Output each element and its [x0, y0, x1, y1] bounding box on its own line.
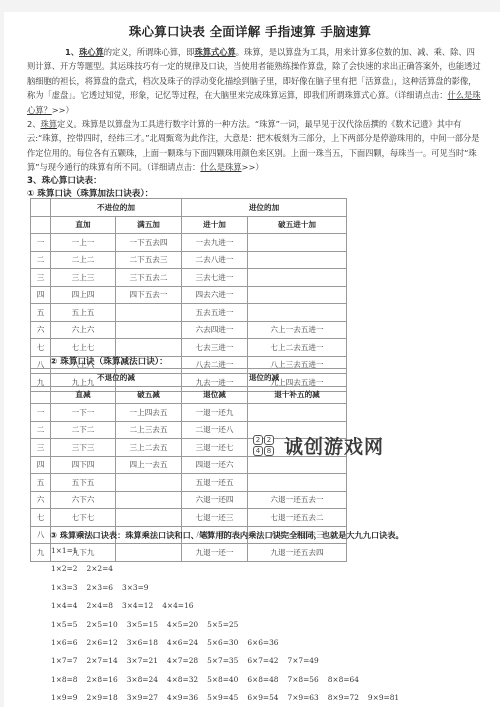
watermark: 2 2 4 8 诚创游戏网 — [253, 432, 384, 459]
section-1-text-a: 的定义，所谓珠心算，即 — [104, 47, 195, 57]
row-label: 四 — [31, 286, 51, 304]
cell: 五下五 — [51, 474, 116, 492]
subtraction-table-heading: ② 珠算口诀（珠算减法口诀）： — [50, 355, 168, 367]
section-1-tail: >>） — [52, 105, 74, 115]
row-label: 五 — [31, 304, 51, 322]
col-header: 直减 — [51, 386, 116, 404]
multiplication-row: 1×5=52×5=103×5=154×5=205×5=25 — [51, 620, 247, 629]
row-label: 一 — [31, 404, 51, 422]
cell: 二下二 — [51, 421, 116, 439]
term-link-zhuxinsuan[interactable]: 珠心算 — [79, 47, 104, 57]
cell: 四退一还六 — [182, 456, 248, 474]
multiplication-row: 1×3=32×3=63×3=9 — [51, 583, 158, 592]
logo-digit: 4 — [253, 446, 263, 456]
multiplication-fact: 4×7=28 — [167, 656, 198, 665]
row-label: 六 — [31, 491, 51, 509]
multiplication-fact: 4×5=20 — [167, 620, 198, 629]
cell: 二上二 — [51, 251, 116, 269]
row-label: 九 — [31, 544, 51, 562]
term-link-zhusuanshixinsuan[interactable]: 珠算式心算 — [194, 47, 235, 57]
group-header: 不进位的加 — [51, 199, 182, 217]
cell: 六退一还五去一 — [248, 491, 347, 509]
multiplication-fact: 5×9=45 — [207, 693, 238, 702]
multiplication-fact: 7×8=56 — [288, 675, 319, 684]
cell: 二下五去三 — [116, 251, 182, 269]
multiplication-fact: 2×8=16 — [87, 675, 118, 684]
multiplication-fact: 5×6=30 — [207, 638, 238, 647]
cell — [116, 509, 182, 527]
corner-cell — [31, 216, 51, 234]
table-row: 五五下五五退一还五 — [31, 474, 347, 492]
multiplication-fact: 8×9=72 — [328, 693, 359, 702]
multiplication-fact: 3×8=24 — [127, 675, 158, 684]
col-header: 退位减 — [182, 386, 248, 404]
multiplication-row: 1×2=22×2=4 — [51, 564, 122, 573]
section-3-heading: 3、珠心算口诀表： — [27, 174, 102, 186]
multiplication-fact: 7×7=49 — [288, 656, 319, 665]
cell: 九退一还一 — [182, 544, 248, 562]
cell: 一上四去五 — [116, 404, 182, 422]
row-label: 五 — [31, 474, 51, 492]
section-2-tail: >>） — [242, 162, 264, 172]
multiplication-fact: 8×8=64 — [328, 675, 359, 684]
row-label: 二 — [31, 251, 51, 269]
row-label: 七 — [31, 339, 51, 357]
group-header: 进位的加 — [182, 199, 347, 217]
cell — [116, 304, 182, 322]
multiplication-fact: 6×6=36 — [247, 638, 278, 647]
table-row: 五五上五五去五进一 — [31, 304, 347, 322]
table-group-header-row: 不进位的加 进位的加 — [31, 199, 347, 217]
cell: 五去五进一 — [182, 304, 248, 322]
multiplication-fact: 2×3=6 — [87, 583, 114, 592]
multiplication-fact: 4×4=16 — [162, 601, 193, 610]
cell: 四上一去五 — [116, 456, 182, 474]
row-label: 三 — [31, 269, 51, 287]
multiplication-fact: 5×5=25 — [207, 620, 238, 629]
cell: 一下一 — [51, 404, 116, 422]
multiplication-fact: 3×6=18 — [127, 638, 158, 647]
section-2-paragraph: 2、珠算定义。珠算是以算盘为工具进行数字计算的一种方法。“珠算”一词，最早见于汉… — [27, 117, 482, 175]
logo-digit: 8 — [264, 446, 274, 456]
multiplication-fact: 4×9=36 — [167, 693, 198, 702]
cell: 四下四 — [51, 456, 116, 474]
multiplication-fact: 2×7=14 — [87, 656, 118, 665]
col-header: 进十加 — [182, 216, 248, 234]
cell — [248, 304, 347, 322]
table-row: 七七上七七去三进一七上二去五进一 — [31, 339, 347, 357]
multiplication-fact: 9×9=81 — [368, 693, 399, 702]
multiplication-fact: 5×7=35 — [207, 656, 238, 665]
cell: 二上三去五 — [116, 421, 182, 439]
cell: 一上一 — [51, 234, 116, 252]
cell — [116, 491, 182, 509]
term-link-zhusuan[interactable]: 珠算 — [40, 119, 57, 129]
what-is-zhusuan-link[interactable]: 什么是珠算 — [200, 162, 241, 172]
cell: 六去四进一 — [182, 321, 248, 339]
cell — [116, 321, 182, 339]
cell: 六下六 — [51, 491, 116, 509]
col-header: 退十补五的减 — [248, 386, 347, 404]
cell: 四去六进一 — [182, 286, 248, 304]
multiplication-row: 1×4=42×4=83×4=124×4=16 — [51, 601, 202, 610]
multiplication-row: 1×6=62×6=123×6=184×6=245×6=306×6=36 — [51, 638, 288, 647]
row-label: 一 — [31, 234, 51, 252]
row-label: 六 — [31, 321, 51, 339]
cell: 一去九进一 — [182, 234, 248, 252]
col-header: 破五减 — [116, 386, 182, 404]
cell: 六上一去五进一 — [248, 321, 347, 339]
group-header: 不退位的减 — [51, 369, 182, 387]
multiplication-fact: 1×5=5 — [51, 620, 78, 629]
row-label: 三 — [31, 439, 51, 457]
multiplication-fact: 1×4=4 — [51, 601, 78, 610]
cell: 三去七进一 — [182, 269, 248, 287]
row-label: 二 — [31, 421, 51, 439]
multiplication-fact: 2×9=18 — [87, 693, 118, 702]
table-row: 六六上六六去四进一六上一去五进一 — [31, 321, 347, 339]
multiplication-fact: 2×4=8 — [87, 601, 114, 610]
table-row: 三三上三三下五去二三去七进一 — [31, 269, 347, 287]
table-col-header-row: 直加 满五加 进十加 破五进十加 — [31, 216, 347, 234]
row-label: 四 — [31, 456, 51, 474]
multiplication-row: 1×9=92×9=183×9=274×9=365×9=456×9=547×9=6… — [51, 693, 408, 702]
multiplication-fact: 3×9=27 — [127, 693, 158, 702]
table-row: 七七下七七退一还三七退一还五去二 — [31, 509, 347, 527]
multiplication-fact: 1×9=9 — [51, 693, 78, 702]
cell: 三下三 — [51, 439, 116, 457]
table-row: 二二上二二下五去三二去八进一 — [31, 251, 347, 269]
logo-digit: 2 — [264, 435, 274, 445]
cell: 二去八进一 — [182, 251, 248, 269]
corner-cell — [31, 386, 51, 404]
cell: 三下五去二 — [116, 269, 182, 287]
cell — [248, 234, 347, 252]
multiplication-heading: ③ 珠算乘法口诀表：珠算乘法口诀和口、笔算用的表内乘法口诀完全相同，也就是大九九… — [50, 530, 404, 541]
section-1-paragraph: 1、珠心算的定义，所谓珠心算，即珠算式心算。珠算，是以算盘为工具，用来计算多位数… — [27, 45, 482, 117]
watermark-text: 诚创游戏网 — [284, 432, 384, 459]
col-header: 满五加 — [116, 216, 182, 234]
cell: 四下五去一 — [116, 286, 182, 304]
cell: 七下七 — [51, 509, 116, 527]
cell — [248, 474, 347, 492]
cell — [248, 286, 347, 304]
cell: 一下五去四 — [116, 234, 182, 252]
multiplication-fact: 3×5=15 — [127, 620, 158, 629]
multiplication-fact: 6×7=42 — [247, 656, 278, 665]
cell — [248, 269, 347, 287]
cell: 一退一还九 — [182, 404, 248, 422]
multiplication-fact: 2×6=12 — [87, 638, 118, 647]
watermark-logo-icon: 2 2 4 8 — [253, 435, 274, 456]
cell: 五退一还五 — [182, 474, 248, 492]
multiplication-fact: 4×6=24 — [167, 638, 198, 647]
col-header: 破五进十加 — [248, 216, 347, 234]
row-label: 八 — [31, 526, 51, 544]
cell — [248, 404, 347, 422]
multiplication-fact: 2×5=10 — [87, 620, 118, 629]
cell — [116, 339, 182, 357]
section-1-number: 1、 — [65, 47, 79, 57]
multiplication-fact: 5×8=40 — [207, 675, 238, 684]
cell — [116, 474, 182, 492]
multiplication-fact: 3×7=21 — [127, 656, 158, 665]
table-col-header-row: 直减 破五减 退位减 退十补五的减 — [31, 386, 347, 404]
multiplication-fact: 3×4=12 — [122, 601, 153, 610]
group-header: 退位的减 — [182, 369, 347, 387]
cell: 三上三 — [51, 269, 116, 287]
multiplication-fact: 3×3=9 — [122, 583, 149, 592]
cell: 四上四 — [51, 286, 116, 304]
cell: 六退一还四 — [182, 491, 248, 509]
table-row: 一一下一一上四去五一退一还九 — [31, 404, 347, 422]
multiplication-row: 1×8=82×8=163×8=244×8=325×8=406×8=487×8=5… — [51, 675, 368, 684]
cell: 七退一还三 — [182, 509, 248, 527]
cell: 二退一还八 — [182, 421, 248, 439]
corner-cell — [31, 369, 51, 387]
multiplication-fact: 7×9=63 — [288, 693, 319, 702]
cell: 九退一还五去四 — [248, 544, 347, 562]
multiplication-row: 1×7=72×7=143×7=214×7=285×7=356×7=427×7=4… — [51, 656, 328, 665]
table-group-header-row: 不退位的减 退位的减 — [31, 369, 347, 387]
cell: 七退一还五去二 — [248, 509, 347, 527]
cell: 六上六 — [51, 321, 116, 339]
col-header: 直加 — [51, 216, 116, 234]
cell — [248, 251, 347, 269]
multiplication-fact: 1×1=1 — [51, 546, 78, 555]
multiplication-fact: 1×3=3 — [51, 583, 78, 592]
cell: 七去三进一 — [182, 339, 248, 357]
multiplication-fact: 6×8=48 — [247, 675, 278, 684]
multiplication-fact: 4×8=32 — [167, 675, 198, 684]
multiplication-fact: 6×9=54 — [247, 693, 278, 702]
cell: 七上二去五进一 — [248, 339, 347, 357]
table-row: 六六下六六退一还四六退一还五去一 — [31, 491, 347, 509]
multiplication-fact: 2×2=4 — [87, 564, 114, 573]
cell: 三退一还七 — [182, 439, 248, 457]
page-title: 珠心算口诀表 全面详解 手指速算 手脑速算 — [0, 22, 500, 40]
multiplication-fact: 1×2=2 — [51, 564, 78, 573]
section-2-number: 2、 — [27, 119, 40, 129]
row-label: 七 — [31, 509, 51, 527]
cell: 五上五 — [51, 304, 116, 322]
multiplication-row: 1×1=1 — [51, 546, 87, 555]
table-row: 四四上四四下五去一四去六进一 — [31, 286, 347, 304]
multiplication-fact: 1×8=8 — [51, 675, 78, 684]
table-row: 一一上一一下五去四一去九进一 — [31, 234, 347, 252]
logo-digit: 2 — [253, 435, 263, 445]
multiplication-fact: 1×6=6 — [51, 638, 78, 647]
multiplication-fact: 1×7=7 — [51, 656, 78, 665]
cell — [116, 544, 182, 562]
corner-cell — [31, 199, 51, 217]
cell: 七上七 — [51, 339, 116, 357]
cell: 三上二去五 — [116, 439, 182, 457]
